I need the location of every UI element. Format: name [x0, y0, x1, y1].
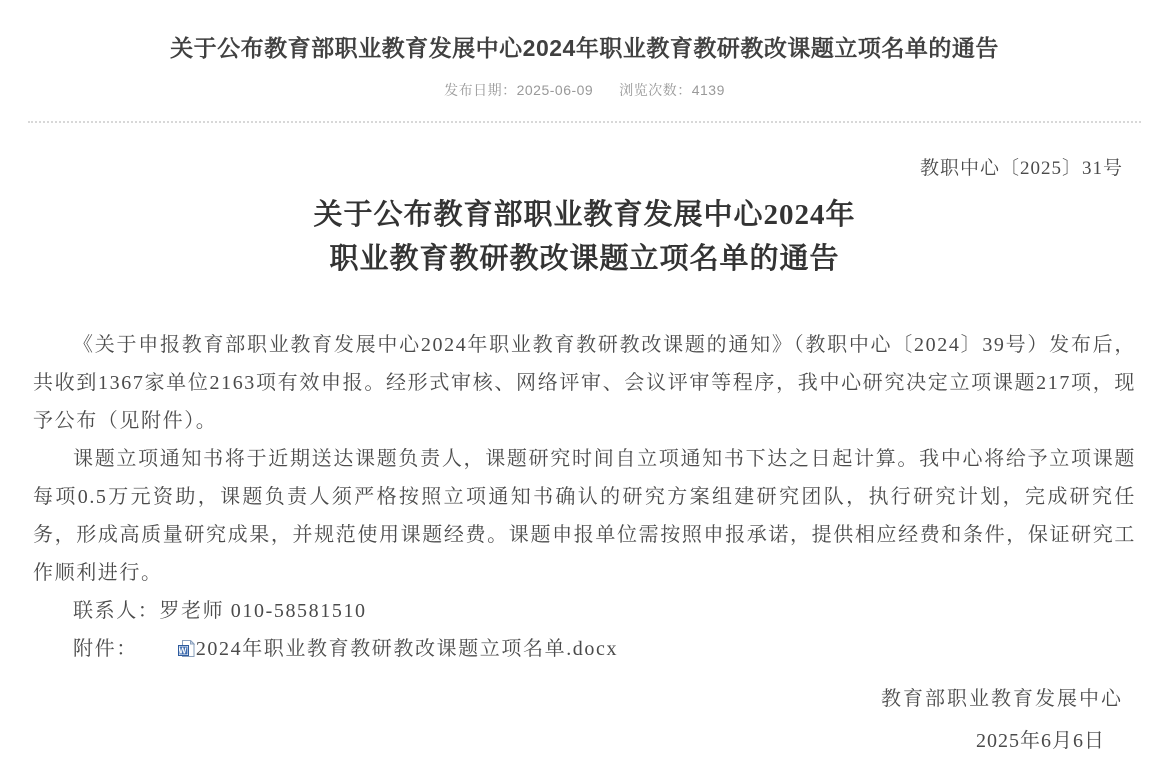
document-number: 教职中心〔2025〕31号 [33, 153, 1136, 180]
signature-org: 教育部职业教育发展中心 [33, 678, 1136, 720]
document-content: 教职中心〔2025〕31号 关于公布教育部职业教育发展中心2024年 职业教育教… [0, 153, 1169, 758]
document-title-line2: 职业教育教研教改课题立项名单的通告 [33, 237, 1136, 281]
views-value: 4139 [692, 82, 725, 98]
body-paragraph: 课题立项通知书将于近期送达课题负责人，课题研究时间自立项通知书下达之日起计算。我… [33, 440, 1136, 592]
attachment-line: 附件： W 2024年职业教育教研教改课题立项名单.docx [33, 630, 1136, 670]
header-divider [28, 121, 1141, 123]
publish-date-value: 2025-06-09 [517, 82, 594, 98]
page-title: 关于公布教育部职业教育发展中心2024年职业教育教研教改课题立项名单的通告 [0, 30, 1169, 63]
document-body: 《关于申报教育部职业教育发展中心2024年职业教育教研教改课题的通知》（教职中心… [33, 326, 1136, 670]
contact-line: 联系人：罗老师 010-58581510 [33, 592, 1136, 630]
signature-date: 2025年6月6日 [33, 720, 1136, 758]
publish-date-label: 发布日期： [444, 82, 517, 98]
attachment-label: 附件： [73, 638, 138, 660]
signature-block: 教育部职业教育发展中心 2025年6月6日 [33, 678, 1136, 758]
attachment-link[interactable]: 2024年职业教育教研教改课题立项名单.docx [196, 638, 618, 660]
article-meta: 发布日期：2025-06-09浏览次数：4139 [0, 80, 1169, 100]
document-title: 关于公布教育部职业教育发展中心2024年 职业教育教研教改课题立项名单的通告 [33, 193, 1136, 281]
article-header: 关于公布教育部职业教育发展中心2024年职业教育教研教改课题立项名单的通告 发布… [0, 0, 1169, 100]
body-paragraph: 《关于申报教育部职业教育发展中心2024年职业教育教研教改课题的通知》（教职中心… [33, 326, 1136, 440]
svg-text:W: W [179, 647, 188, 656]
word-doc-icon: W [138, 632, 195, 670]
notice-page: 关于公布教育部职业教育发展中心2024年职业教育教研教改课题立项名单的通告 发布… [0, 0, 1169, 758]
views-label: 浏览次数： [619, 82, 692, 98]
document-title-line1: 关于公布教育部职业教育发展中心2024年 [33, 193, 1136, 237]
